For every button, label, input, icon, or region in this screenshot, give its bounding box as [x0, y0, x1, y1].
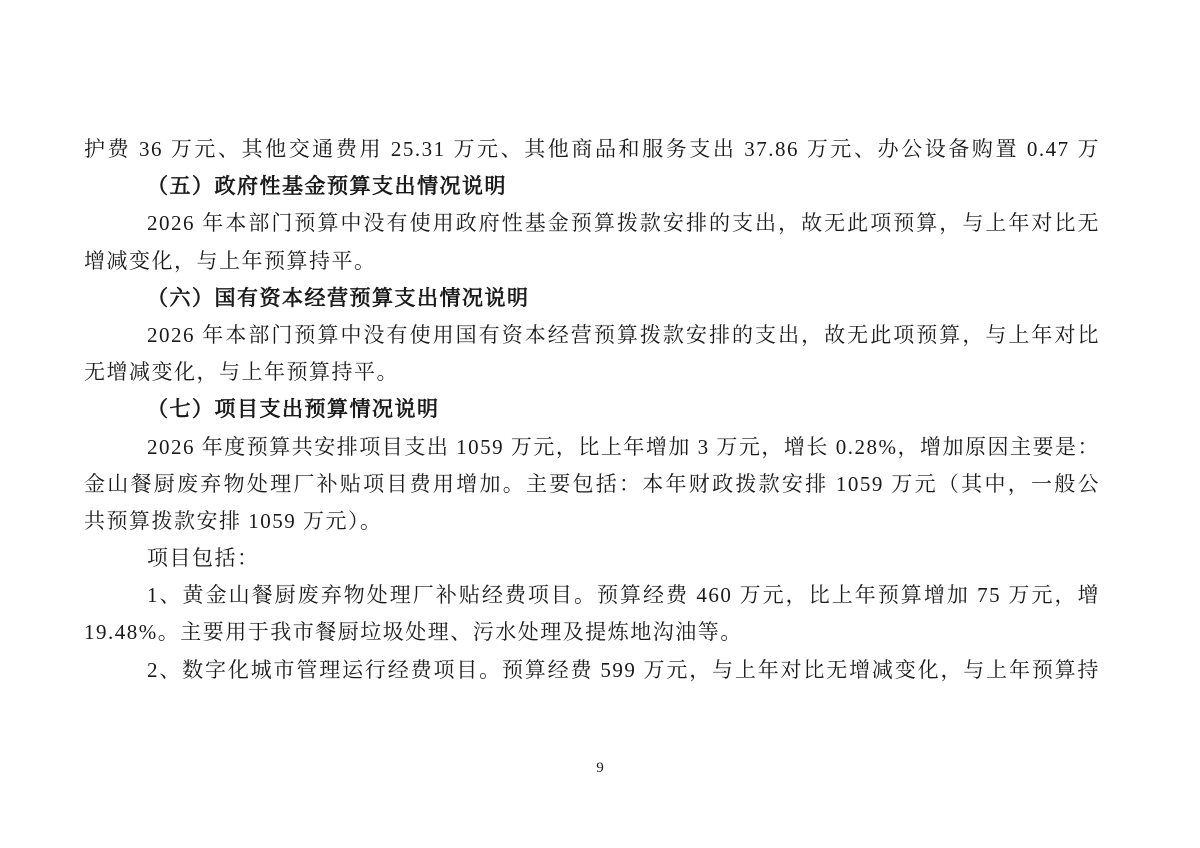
para-section-7-line-1: 2026 年度预算共安排项目支出 1059 万元，比上年增加 3 万元，增长 0…: [84, 429, 1100, 466]
para-section-6-line-2: 无增减变化，与上年预算持平。: [84, 354, 1100, 391]
document-page: 护费 36 万元、其他交通费用 25.31 万元、其他商品和服务支出 37.86…: [0, 0, 1200, 848]
para-section-7-line-2: 金山餐厨废弃物处理厂补贴项目费用增加。主要包括：本年财政拨款安排 1059 万元…: [84, 466, 1100, 503]
para-project-1-line-2: 19.48%。主要用于我市餐厨垃圾处理、污水处理及提炼地沟油等。: [84, 614, 1100, 651]
para-section-7-line-3: 共预算拨款安排 1059 万元）。: [84, 503, 1100, 540]
heading-section-5: （五）政府性基金预算支出情况说明: [84, 168, 1100, 205]
body-line-continuation: 护费 36 万元、其他交通费用 25.31 万元、其他商品和服务支出 37.86…: [84, 131, 1100, 168]
para-section-6-line-1: 2026 年本部门预算中没有使用国有资本经营预算拨款安排的支出，故无此项预算，与…: [84, 317, 1100, 354]
para-section-5-line-1: 2026 年本部门预算中没有使用政府性基金预算拨款安排的支出，故无此项预算，与上…: [84, 205, 1100, 242]
para-projects-intro: 项目包括：: [84, 540, 1100, 577]
para-project-1-line-1: 1、黄金山餐厨废弃物处理厂补贴经费项目。预算经费 460 万元，比上年预算增加 …: [84, 577, 1100, 614]
document-text-block: 护费 36 万元、其他交通费用 25.31 万元、其他商品和服务支出 37.86…: [84, 131, 1100, 689]
para-section-5-line-2: 增减变化，与上年预算持平。: [84, 243, 1100, 280]
heading-section-6: （六）国有资本经营预算支出情况说明: [84, 280, 1100, 317]
page-number: 9: [0, 760, 1200, 777]
para-project-2-line-1: 2、数字化城市管理运行经费项目。预算经费 599 万元，与上年对比无增减变化，与…: [84, 652, 1100, 689]
heading-section-7: （七）项目支出预算情况说明: [84, 391, 1100, 428]
